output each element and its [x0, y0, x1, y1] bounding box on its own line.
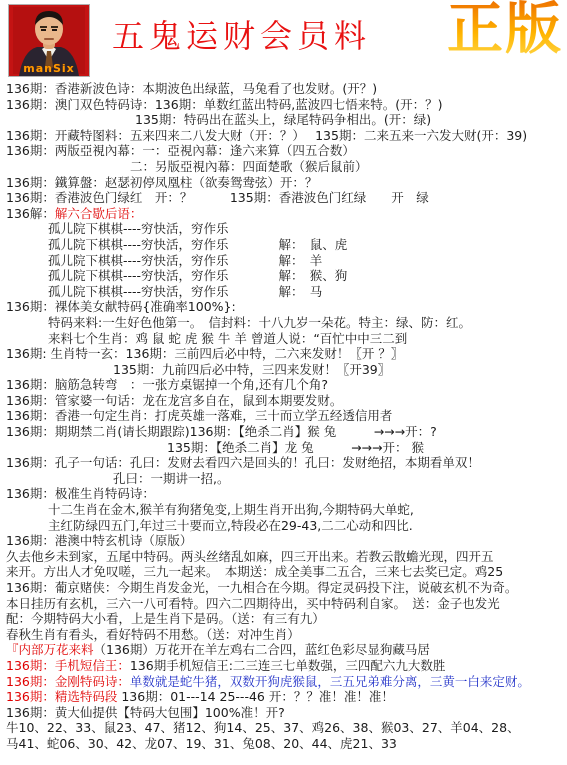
text-segment: 孤儿院下棋棋----穷快活，穷作乐 解： 猴、狗: [48, 268, 347, 283]
text-segment: 136解：: [6, 206, 55, 221]
text-line: 135期：特码出在蓝头上，绿尾特码争相出。(开：绿): [6, 112, 564, 128]
text-segment: 136期：裸体美女献特码{准确率100%}:: [6, 299, 236, 314]
text-segment: 136期：黄大仙提供【特码大包围】100%准！开?: [6, 705, 285, 720]
text-line: 孤儿院下棋棋----穷快活，穷作乐 解： 马: [6, 284, 564, 300]
text-segment: 136期：澳门双色特码诗：136期：单数红蓝出特码,蓝波四七悟来特。(开：？): [6, 97, 442, 112]
text-segment: 孤儿院下棋棋----穷快活，穷作乐 解： 鼠、虎: [48, 237, 347, 252]
text-segment: 『内部万花来料: [6, 642, 94, 657]
text-segment: 136期：孔子一句话：孔曰：发财去看四六是回头的！孔曰：发财绝招，本期看单双！: [6, 455, 480, 470]
text-line: 136期：澳门双色特码诗：136期：单数红蓝出特码,蓝波四七悟来特。(开：？): [6, 97, 564, 113]
page-title: 五鬼运财会员料: [112, 16, 412, 56]
text-segment: 春秋生肖有看头，看好特码不用愁。（送：对冲生肖）: [6, 627, 300, 642]
text-segment: 二：另版亞視內幕：四面楚歌（猴后鼠前）: [130, 159, 368, 174]
text-segment: 来开。方出人才免叹嗟，三九一起来。 本期送：成全美事二五合，三来七去奖已定。鸡2…: [6, 564, 503, 579]
text-segment: 136期: 生肖特一玄：136期：三前四后必中特，二六来发财！〖开 ？〗: [6, 346, 403, 361]
text-segment: 配：今期特码大小看，上是生肖下是码。（送：有三有九）: [6, 611, 325, 626]
text-line: 主红防绿四五门,年过三十要而立,特段必在29-43,二二心动和四比.: [6, 518, 564, 534]
text-line: 孤儿院下棋棋----穷快活，穷作乐 解： 猴、狗: [6, 268, 564, 284]
text-line: 春秋生肖有看头，看好特码不用愁。（送：对冲生肖）: [6, 627, 564, 643]
text-segment: 136期手机短信王:二三连三七单数强，三四配六九大数胜: [130, 658, 446, 673]
text-segment: （136期）万花开在羊左鸡右二合四，蓝红色彩尽显狗藏马居: [94, 642, 430, 657]
text-segment: 136期：鐵算盤：赵瑟初停凤凰柱（欲奏鸳鸯弦）开：？: [6, 175, 317, 190]
text-line: 来开。方出人才免叹嗟，三九一起来。 本期送：成全美事二五合，三来七去奖已定。鸡2…: [6, 564, 564, 580]
text-line: 136期：手机短信王：136期手机短信王:二三连三七单数强，三四配六九大数胜: [6, 658, 564, 674]
text-segment: 本日挂历有玄机，三六一八可看特。四六二四期待出，买中特码利自家。 送：金子也发光: [6, 596, 500, 611]
text-line: 136期：葡京赌侠：今期生肖发金光，一九相合在今期。得定灵码投下注，说破玄机不为…: [6, 580, 564, 596]
text-segment: 孤儿院下棋棋----穷快活，穷作乐 解： 羊: [48, 253, 322, 268]
text-segment: 136期：精选特码段: [6, 689, 121, 704]
text-line: 136期: 生肖特一玄：136期：三前四后必中特，二六来发财！〖开 ？〗: [6, 346, 564, 362]
text-segment: 135期：九前四后必中特，三四来发财！〖开39〗: [113, 362, 390, 377]
text-line: 136期：极准生肖特码诗：: [6, 486, 564, 502]
genuine-badge: 正版: [447, 0, 563, 64]
text-line: 136期：期期禁二肖(请长期跟踪)136期：【绝杀二肖】猴 兔 →→→开：?: [6, 424, 564, 440]
text-segment: 135期：特码出在蓝头上，绿尾特码争相出。(开：绿): [135, 112, 431, 127]
text-line: 孤儿院下棋棋----穷快活，穷作乐: [6, 221, 564, 237]
text-segment: 解六合歇后语：: [55, 206, 143, 221]
text-segment: 十二生肖在金木,猴羊有狗猪兔变,上期生肖开出狗,今期特码大单蛇,: [48, 502, 414, 517]
text-line: 本日挂历有玄机，三六一八可看特。四六二四期待出，买中特码利自家。 送：金子也发光: [6, 596, 564, 612]
text-line: 『内部万花来料（136期）万花开在羊左鸡右二合四，蓝红色彩尽显狗藏马居: [6, 642, 564, 658]
text-line: 135期：【绝杀二肖】龙 兔 →→→开： 猴: [6, 440, 564, 456]
text-segment: 马41、蛇06、30、42、龙07、19、31、兔08、20、44、虎21、33: [6, 736, 397, 751]
photo-caption: manSix: [9, 62, 89, 75]
text-line: 136期：黄大仙提供【特码大包围】100%准！开?: [6, 705, 564, 721]
text-line: 136期：香港新波色诗：本期波色出绿蓝，马兔看了也发财。(开？): [6, 81, 564, 97]
text-line: 136期：精选特码段 136期：01---14 25---46 开：？？准！准！…: [6, 689, 564, 705]
text-segment: 136期：港澳中特玄机诗（原版）: [6, 533, 192, 548]
text-line: 136期：孔子一句话：孔曰：发财去看四六是回头的！孔曰：发财绝招，本期看单双！: [6, 455, 564, 471]
text-segment: 136期：葡京赌侠：今期生肖发金光，一九相合在今期。得定灵码投下注，说破玄机不为…: [6, 580, 517, 595]
text-line: 二：另版亞視內幕：四面楚歌（猴后鼠前）: [6, 159, 564, 175]
text-line: 配：今期特码大小看，上是生肖下是码。（送：有三有九）: [6, 611, 564, 627]
portrait-photo: manSix: [8, 4, 90, 77]
text-line: 来料七个生肖：鸡 鼠 蛇 虎 猴 牛 羊 曾道人说：“百忙中中三二到: [6, 331, 564, 347]
text-line: 136期：两版亞視內幕：一：亞視內幕：逢六来算（四五合数）: [6, 143, 564, 159]
text-line: 136期：港澳中特玄机诗（原版）: [6, 533, 564, 549]
text-line: 135期：九前四后必中特，三四来发财！〖开39〗: [6, 362, 564, 378]
text-line: 136期：脑筋急转弯 ：一张方桌锯掉一个角,还有几个角?: [6, 377, 564, 393]
text-line: 136期：香港一句定生肖：打虎英雄一落难，三十而立学五经透信用者: [6, 408, 564, 424]
text-segment: 来料七个生肖：鸡 鼠 蛇 虎 猴 牛 羊 曾道人说：“百忙中中三二到: [48, 331, 407, 346]
text-segment: 孤儿院下棋棋----穷快活，穷作乐: [48, 221, 229, 236]
text-line: 136期：鐵算盤：赵瑟初停凤凰柱（欲奏鸳鸯弦）开：？: [6, 175, 564, 191]
text-line: 牛10、22、33、鼠23、47、猪12、狗14、25、37、鸡26、38、猴0…: [6, 720, 564, 736]
text-segment: 136期：开藏特图料：五来四来二八发大财（开：？） 135期：二来五来一六发大财…: [6, 128, 527, 143]
text-line: 孤儿院下棋棋----穷快活，穷作乐 解： 羊: [6, 253, 564, 269]
text-segment: 136期：香港新波色诗：本期波色出绿蓝，马兔看了也发财。(开？): [6, 81, 377, 96]
text-line: 136期：裸体美女献特码{准确率100%}:: [6, 299, 564, 315]
text-line: 马41、蛇06、30、42、龙07、19、31、兔08、20、44、虎21、33: [6, 736, 564, 752]
text-line: 136期：管家婆一句话：龙在龙宫多自在，鼠到本期要发财。: [6, 393, 564, 409]
text-line: 136解：解六合歇后语：: [6, 206, 564, 222]
text-line: 136期：金刚特码诗：单数就是蛇牛猪，双数开狗虎猴鼠，三五兄弟难分离，三黄一白来…: [6, 674, 564, 690]
text-segment: 牛10、22、33、鼠23、47、猪12、狗14、25、37、鸡26、38、猴0…: [6, 720, 520, 735]
text-segment: 136期：两版亞視內幕：一：亞視內幕：逢六来算（四五合数）: [6, 143, 355, 158]
text-segment: 136期：金刚特码诗：: [6, 674, 130, 689]
text-segment: 136期：手机短信王：: [6, 658, 130, 673]
text-line: 十二生肖在金木,猴羊有狗猪兔变,上期生肖开出狗,今期特码大单蛇,: [6, 502, 564, 518]
text-segment: 主红防绿四五门,年过三十要而立,特段必在29-43,二二心动和四比.: [48, 518, 413, 533]
text-segment: 135期：【绝杀二肖】龙 兔 →→→开： 猴: [167, 440, 424, 455]
text-segment: 136期：香港波色门绿红 开：？ 135期：香港波色门红绿 开 绿: [6, 190, 429, 205]
page: { "header": { "title": "五鬼运财会员料", "badge…: [0, 0, 567, 765]
text-segment: 单数就是蛇牛猪，双数开狗虎猴鼠，三五兄弟难分离，三黄一白来定财。: [130, 674, 530, 689]
text-segment: 136期：极准生肖特码诗：: [6, 486, 155, 501]
text-line: 孔曰：一期讲一招,。: [6, 471, 564, 487]
text-line: 久去他乡未到家，五尾中特码。两头丝绪乱如麻，四三开出来。若教云散蟾光现，四开五: [6, 549, 564, 565]
text-segment: 136期：01---14 25---46 开：？？准！准！准！: [121, 689, 394, 704]
text-line: 136期：开藏特图料：五来四来二八发大财（开：？） 135期：二来五来一六发大财…: [6, 128, 564, 144]
text-segment: 孔曰：一期讲一招,。: [113, 471, 229, 486]
text-segment: 久去他乡未到家，五尾中特码。两头丝绪乱如麻，四三开出来。若教云散蟾光现，四开五: [6, 549, 494, 564]
text-segment: 特码来料:一生好色他第一。 信封料：十八九岁一朵花。特主：绿、防：红。: [48, 315, 471, 330]
text-segment: 136期：香港一句定生肖：打虎英雄一落难，三十而立学五经透信用者: [6, 408, 392, 423]
text-segment: 136期：管家婆一句话：龙在龙宫多自在，鼠到本期要发财。: [6, 393, 342, 408]
content-lines: 136期：香港新波色诗：本期波色出绿蓝，马兔看了也发财。(开？)136期：澳门双…: [6, 81, 564, 752]
text-line: 特码来料:一生好色他第一。 信封料：十八九岁一朵花。特主：绿、防：红。: [6, 315, 564, 331]
text-segment: 136期：期期禁二肖(请长期跟踪)136期：【绝杀二肖】猴 兔 →→→开：?: [6, 424, 437, 439]
text-line: 136期：香港波色门绿红 开：？ 135期：香港波色门红绿 开 绿: [6, 190, 564, 206]
text-segment: 136期：脑筋急转弯 ：一张方桌锯掉一个角,还有几个角?: [6, 377, 328, 392]
text-segment: 孤儿院下棋棋----穷快活，穷作乐 解： 马: [48, 284, 322, 299]
header: manSix 五鬼运财会员料 正版: [0, 0, 567, 80]
text-line: 孤儿院下棋棋----穷快活，穷作乐 解： 鼠、虎: [6, 237, 564, 253]
